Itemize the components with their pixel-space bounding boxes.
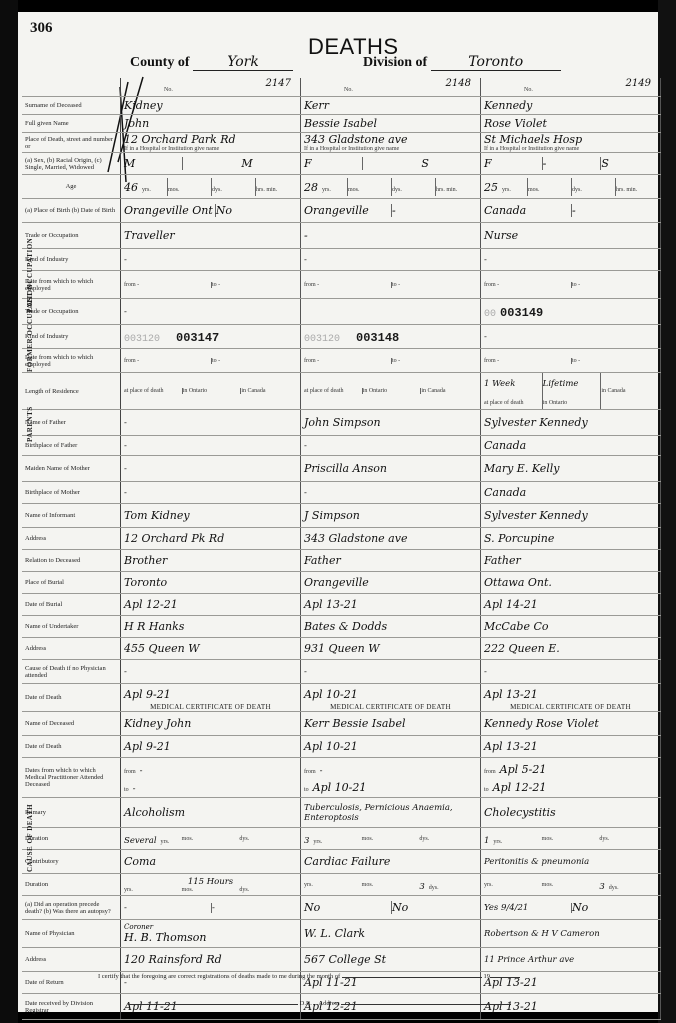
record-2-industry: -: [301, 249, 481, 271]
former-trade-row: Trade or Occupation - 00 003149: [22, 299, 661, 325]
record-3-former-trade: 00 003149: [481, 299, 661, 325]
record-3-physician: Robertson & H V Cameron: [481, 920, 661, 948]
former-trade-label: Trade or Occupation: [22, 299, 121, 325]
record-3-employed: from -to -: [481, 271, 661, 299]
record-3-date-of-death: Apl 13-21MEDICAL CERTIFICATE OF DEATH: [481, 684, 661, 712]
record-3-place-of-death: St Michaels HospIf in a Hospital or Inst…: [481, 133, 661, 153]
record-1-sex-race-marital: MM: [121, 153, 301, 175]
record-3-former-industry: -: [481, 325, 661, 349]
date-received-label: Date received by Division Registrar: [22, 994, 121, 1020]
record-3-cause-no-physician: -: [481, 660, 661, 684]
division-value: Toronto: [431, 54, 561, 71]
place-of-death-row: Place of Death, street and number or 12 …: [22, 133, 661, 153]
contributory-row: Contributory Coma Cardiac Failure Perito…: [22, 850, 661, 874]
mc-date-death-label: Date of Death: [22, 736, 121, 758]
record-2-primary-cause: Tuberculosis, Pernicious Anaemia, Entero…: [301, 798, 481, 828]
father-birthplace-row: Birthplace of Father - - Canada: [22, 436, 661, 456]
given-name-row: Full given Name John Bessie Isabel Rose …: [22, 115, 661, 133]
attended-row: Dates from which to which Medical Practi…: [22, 758, 661, 798]
burial-place-row: Place of Burial Toronto Orangeville Otta…: [22, 572, 661, 594]
row-label-blank: [22, 78, 121, 97]
record-2-physician: W. L. Clark: [301, 920, 481, 948]
record-1-date-of-death: Apl 9-21MEDICAL CERTIFICATE OF DEATH: [121, 684, 301, 712]
age-label: Age: [22, 175, 121, 199]
record-2-sex-race-marital: FS: [301, 153, 481, 175]
record-3-sex-race-marital: F-S: [481, 153, 661, 175]
record-2-mother-maiden: Priscilla Anson: [301, 456, 481, 482]
date-of-death-row: Date of Death Apl 9-21MEDICAL CERTIFICAT…: [22, 684, 661, 712]
record-2-contributory: Cardiac Failure: [301, 850, 481, 874]
father-name-label: Name of Father: [22, 410, 121, 436]
division-field: Division of Toronto: [363, 54, 561, 71]
record-3-former-employed: from -to -: [481, 349, 661, 373]
page-number: 306: [30, 20, 53, 37]
physician-row: Name of Physician CoronerH. B. Thomson W…: [22, 920, 661, 948]
place-of-death-label: Place of Death, street and number or: [22, 133, 121, 153]
record-2-operation-autopsy: NoNo: [301, 896, 481, 920]
employed-label: Date from which to which employed: [22, 271, 121, 299]
physician-label: Name of Physician: [22, 920, 121, 948]
undertaker-row: Name of Undertaker H R Hanks Bates & Dod…: [22, 616, 661, 638]
record-2-undertaker: Bates & Dodds: [301, 616, 481, 638]
mother-maiden-label: Maiden Name of Mother: [22, 456, 121, 482]
physician-address-row: Address 120 Rainsford Rd 567 College St …: [22, 948, 661, 972]
primary-duration-row: Duration Several yrs.mos.dys. 3 yrs.mos.…: [22, 828, 661, 850]
record-2-place-of-death: 343 Gladstone aveIf in a Hospital or Ins…: [301, 133, 481, 153]
residence-row: Length of Residence at place of deathin …: [22, 373, 661, 410]
contrib-duration-label: Duration: [22, 874, 121, 896]
record-3-trade: Nurse: [481, 223, 661, 249]
record-1-physician: CoronerH. B. Thomson: [121, 920, 301, 948]
undertaker-label: Name of Undertaker: [22, 616, 121, 638]
record-1-burial-date: Apl 12-21: [121, 594, 301, 616]
cause-no-physician-row: Cause of Death if no Physician attended …: [22, 660, 661, 684]
former-industry-row: Kind of Industry 003120 003147 003120 00…: [22, 325, 661, 349]
record-2-employed: from -to -: [301, 271, 481, 299]
record-2-father-name: John Simpson: [301, 410, 481, 436]
operation-autopsy-label: (a) Did an operation precede death? (b) …: [22, 896, 121, 920]
record-2-physician-address: 567 College St: [301, 948, 481, 972]
record-2-former-trade: [301, 299, 481, 325]
record-3-age: 25 yrs.mos.dys.hrs. min.: [481, 175, 661, 199]
record-2-birth: Orangeville-: [301, 199, 481, 223]
record-3-residence: 1 Weekat place of deathLifetimein Ontari…: [481, 373, 661, 410]
record-1-father-name: -: [121, 410, 301, 436]
former-occupation-vertical-label: FORMER OCCUPATION: [26, 284, 34, 372]
birth-row: (a) Place of Birth (b) Date of Birth Ora…: [22, 199, 661, 223]
record-3-attended: from Apl 5-21to Apl 12-21: [481, 758, 661, 798]
mother-maiden-row: Maiden Name of Mother - Priscilla Anson …: [22, 456, 661, 482]
record-1-undertaker-address: 455 Queen W: [121, 638, 301, 660]
trade-label: Trade or Occupation: [22, 223, 121, 249]
registrar-address-field: [341, 1004, 511, 1005]
residence-label: Length of Residence: [22, 373, 121, 410]
record-2-burial-place: Orangeville: [301, 572, 481, 594]
informant-address-row: Address 12 Orchard Pk Rd 343 Gladstone a…: [22, 528, 661, 550]
contrib-duration-row: Duration 115 Hoursyrs.mos.dys. yrs.mos.3…: [22, 874, 661, 896]
record-1-age: 46 yrs.mos.dys.hrs. min.: [121, 175, 301, 199]
father-birthplace-label: Birthplace of Father: [22, 436, 121, 456]
county-value: York: [193, 54, 293, 71]
informant-label: Name of Informant: [22, 504, 121, 528]
record-1-mother-birthplace: -: [121, 482, 301, 504]
record-3-operation-autopsy: Yes 9/4/21No: [481, 896, 661, 920]
former-employed-row: Date from which to which employed from -…: [22, 349, 661, 373]
record-2-father-birthplace: -: [301, 436, 481, 456]
record-1-operation-autopsy: --: [121, 896, 301, 920]
age-row: Age 46 yrs.mos.dys.hrs. min. 28 yrs.mos.…: [22, 175, 661, 199]
record-1-trade: Traveller: [121, 223, 301, 249]
record-2-primary-duration: 3 yrs.mos.dys.: [301, 828, 481, 850]
record-3-burial-place: Ottawa Ont.: [481, 572, 661, 594]
record-3-number: No.2149: [481, 78, 661, 97]
trade-row: Trade or Occupation Traveller - Nurse: [22, 223, 661, 249]
record-3-undertaker: McCabe Co: [481, 616, 661, 638]
industry-label: Kind of Industry: [22, 249, 121, 271]
county-field: County of York: [130, 54, 293, 71]
contributory-label: Contributory: [22, 850, 121, 874]
record-2-attended: from -to Apl 10-21: [301, 758, 481, 798]
sex-race-marital-row: (a) Sex, (b) Racial Origin, (c) Single, …: [22, 153, 661, 175]
relation-label: Relation to Deceased: [22, 550, 121, 572]
record-3-given-name: Rose Violet: [481, 115, 661, 133]
burial-place-label: Place of Burial: [22, 572, 121, 594]
primary-cause-row: Primary Alcoholism Tuberculosis, Pernici…: [22, 798, 661, 828]
record-1-number: No.2147: [121, 78, 301, 97]
record-3-mother-birthplace: Canada: [481, 482, 661, 504]
record-2-mc-date-death: Apl 10-21: [301, 736, 481, 758]
industry-row: Kind of Industry - - -: [22, 249, 661, 271]
record-3-primary-cause: Cholecystitis: [481, 798, 661, 828]
record-2-given-name: Bessie Isabel: [301, 115, 481, 133]
record-1-mc-date-death: Apl 9-21: [121, 736, 301, 758]
informant-row: Name of Informant Tom Kidney J Simpson S…: [22, 504, 661, 528]
record-2-number: No.2148: [301, 78, 481, 97]
date-of-death-label: Date of Death: [22, 684, 121, 712]
record-2-surname: Kerr: [301, 97, 481, 115]
record-1-former-industry: 003120 003147: [121, 325, 301, 349]
record-3-undertaker-address: 222 Queen E.: [481, 638, 661, 660]
record-2-undertaker-address: 931 Queen W: [301, 638, 481, 660]
operation-autopsy-row: (a) Did an operation precede death? (b) …: [22, 896, 661, 920]
record-1-place-of-death: 12 Orchard Park RdIf in a Hospital or In…: [121, 133, 301, 153]
record-3-mc-name: Kennedy Rose Violet: [481, 712, 661, 736]
record-2-former-employed: from -to -: [301, 349, 481, 373]
record-1-contributory: Coma: [121, 850, 301, 874]
record-1-mc-name: Kidney John: [121, 712, 301, 736]
record-1-birth: Orangeville OntNo: [121, 199, 301, 223]
former-industry-label: Kind of Industry: [22, 325, 121, 349]
record-3-relation: Father: [481, 550, 661, 572]
record-1-given-name: John: [121, 115, 301, 133]
burial-date-row: Date of Burial Apl 12-21 Apl 13-21 Apl 1…: [22, 594, 661, 616]
record-1-informant-address: 12 Orchard Pk Rd: [121, 528, 301, 550]
primary-cause-label: Primary: [22, 798, 121, 828]
record-1-undertaker: H R Hanks: [121, 616, 301, 638]
record-3-surname: Kennedy: [481, 97, 661, 115]
record-2-burial-date: Apl 13-21: [301, 594, 481, 616]
record-3-primary-duration: 1 yrs.mos.dys.: [481, 828, 661, 850]
attended-label: Dates from which to which Medical Practi…: [22, 758, 121, 798]
record-1-residence: at place of deathin Ontarioin Canada: [121, 373, 301, 410]
record-3-birth: Canada-: [481, 199, 661, 223]
primary-duration-label: Duration: [22, 828, 121, 850]
record-1-former-employed: from -to -: [121, 349, 301, 373]
record-1-surname: Kidney: [121, 97, 301, 115]
record-2-trade: -: [301, 223, 481, 249]
certify-month-field: [342, 977, 482, 978]
mc-name-row: Name of Deceased Kidney John Kerr Bessie…: [22, 712, 661, 736]
record-1-industry: -: [121, 249, 301, 271]
record-3-father-birthplace: Canada: [481, 436, 661, 456]
record-1-cause-no-physician: -: [121, 660, 301, 684]
record-2-age: 28 yrs.mos.dys.hrs. min.: [301, 175, 481, 199]
record-2-contrib-duration: yrs.mos.3 dys.: [301, 874, 481, 896]
former-employed-label: Date from which to which employed: [22, 349, 121, 373]
record-1-mother-maiden: -: [121, 456, 301, 482]
record-2-relation: Father: [301, 550, 481, 572]
sex-race-marital-label: (a) Sex, (b) Racial Origin, (c) Single, …: [22, 153, 121, 175]
record-2-cause-no-physician: -: [301, 660, 481, 684]
record-3-informant: Sylvester Kennedy: [481, 504, 661, 528]
informant-address-label: Address: [22, 528, 121, 550]
mc-date-death-row: Date of Death Apl 9-21 Apl 10-21 Apl 13-…: [22, 736, 661, 758]
record-3-mother-maiden: Mary E. Kelly: [481, 456, 661, 482]
record-1-primary-duration: Several yrs.mos.dys.: [121, 828, 301, 850]
death-register-page: 306 DEATHS County of York Division of To…: [18, 12, 658, 1012]
record-1-former-trade: -: [121, 299, 301, 325]
record-2-mc-name: Kerr Bessie Isabel: [301, 712, 481, 736]
father-name-row: Name of Father - John Simpson Sylvester …: [22, 410, 661, 436]
certification-statement: I certify that the foregoing are correct…: [98, 973, 578, 980]
parents-vertical-label: PARENTS: [26, 406, 34, 442]
record-3-mc-date-death: Apl 13-21: [481, 736, 661, 758]
record-2-mother-birthplace: -: [301, 482, 481, 504]
registrar-signature-line: D.R. Address: [128, 1000, 568, 1007]
record-1-primary-cause: Alcoholism: [121, 798, 301, 828]
certify-year-field: [490, 977, 520, 978]
record-1-attended: from -to -: [121, 758, 301, 798]
birth-label: (a) Place of Birth (b) Date of Birth: [22, 199, 121, 223]
scan-border-left: [0, 0, 18, 1023]
record-3-industry: -: [481, 249, 661, 271]
record-3-contributory: Peritonitis & pneumonia: [481, 850, 661, 874]
record-1-relation: Brother: [121, 550, 301, 572]
record-3-informant-address: S. Porcupine: [481, 528, 661, 550]
employed-row: Date from which to which employed from -…: [22, 271, 661, 299]
record-2-former-industry: 003120 003148: [301, 325, 481, 349]
record-2-date-of-death: Apl 10-21MEDICAL CERTIFICATE OF DEATH: [301, 684, 481, 712]
surname-label: Surname of Deceased: [22, 97, 121, 115]
signature-field: [128, 1004, 298, 1005]
physician-address-label: Address: [22, 948, 121, 972]
relation-row: Relation to Deceased Brother Father Fath…: [22, 550, 661, 572]
undertaker-address-row: Address 455 Queen W 931 Queen W 222 Quee…: [22, 638, 661, 660]
division-label: Division of: [363, 55, 427, 70]
record-2-informant-address: 343 Gladstone ave: [301, 528, 481, 550]
record-1-informant: Tom Kidney: [121, 504, 301, 528]
cause-of-death-vertical-label: CAUSE OF DEATH: [26, 804, 34, 872]
cause-no-physician-label: Cause of Death if no Physician attended: [22, 660, 121, 684]
surname-row: Surname of Deceased Kidney Kerr Kennedy: [22, 97, 661, 115]
record-2-informant: J Simpson: [301, 504, 481, 528]
county-label: County of: [130, 55, 190, 70]
given-name-label: Full given Name: [22, 115, 121, 133]
record-1-father-birthplace: -: [121, 436, 301, 456]
mother-birthplace-label: Birthplace of Mother: [22, 482, 121, 504]
record-2-residence: at place of deathin Ontarioin Canada: [301, 373, 481, 410]
record-3-father-name: Sylvester Kennedy: [481, 410, 661, 436]
record-1-burial-place: Toronto: [121, 572, 301, 594]
mother-birthplace-row: Birthplace of Mother - - Canada: [22, 482, 661, 504]
mc-name-label: Name of Deceased: [22, 712, 121, 736]
record-3-physician-address: 11 Prince Arthur ave: [481, 948, 661, 972]
record-1-employed: from -to -: [121, 271, 301, 299]
record-1-contrib-duration: 115 Hoursyrs.mos.dys.: [121, 874, 301, 896]
record-1-physician-address: 120 Rainsford Rd: [121, 948, 301, 972]
undertaker-address-label: Address: [22, 638, 121, 660]
number-row: No.2147 No.2148 No.2149: [22, 78, 661, 97]
register-table: No.2147 No.2148 No.2149 Surname of Decea…: [22, 78, 661, 1020]
record-3-contrib-duration: yrs.mos.3 dys.: [481, 874, 661, 896]
burial-date-label: Date of Burial: [22, 594, 121, 616]
record-3-burial-date: Apl 14-21: [481, 594, 661, 616]
